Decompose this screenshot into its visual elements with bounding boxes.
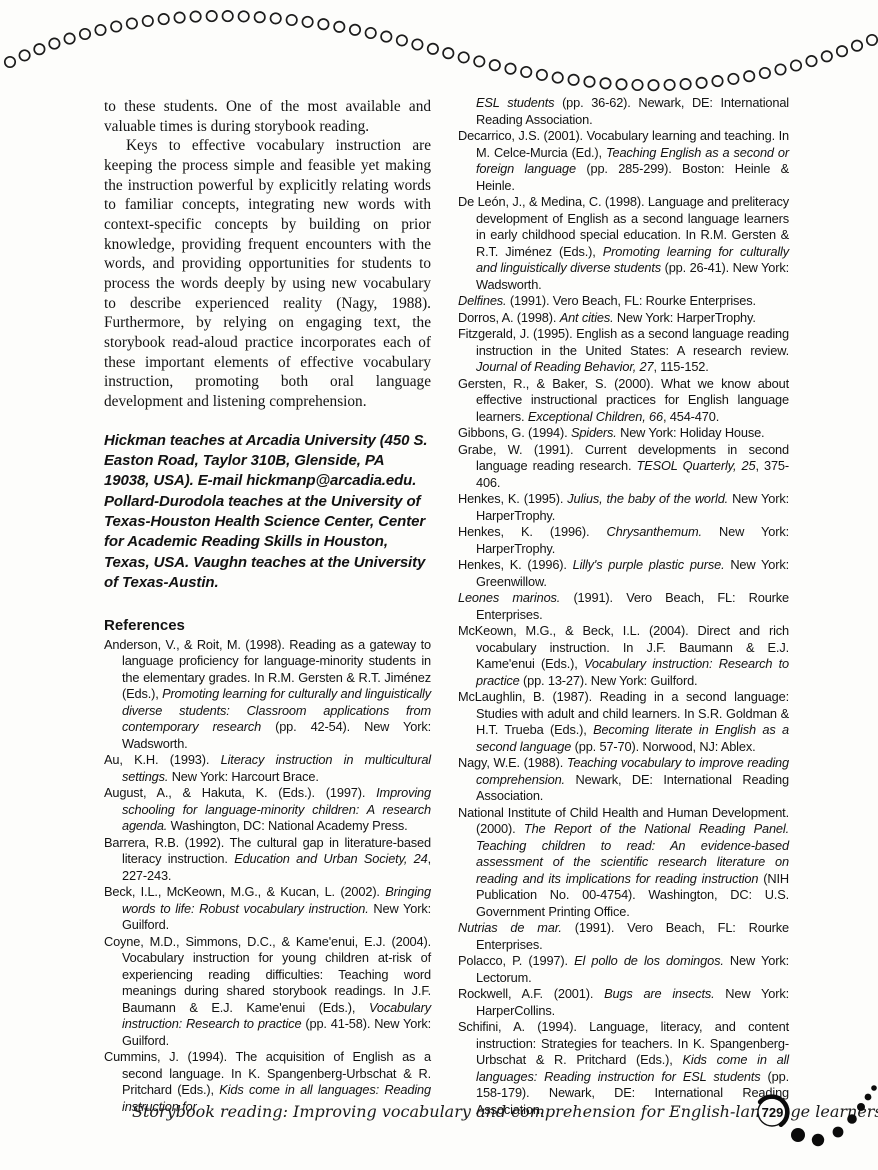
reference-entry: Gersten, R., & Baker, S. (2000). What we… <box>458 376 789 426</box>
reference-entry: Coyne, M.D., Simmons, D.C., & Kame'enui,… <box>104 934 431 1050</box>
reference-entry: Decarrico, J.S. (2001). Vocabulary learn… <box>458 128 789 194</box>
reference-entry: Barrera, R.B. (1992). The cultural gap i… <box>104 835 431 885</box>
reference-entry: Gibbons, G. (1994). Spiders. New York: H… <box>458 425 789 442</box>
references-list-left: Anderson, V., & Roit, M. (1998). Reading… <box>104 637 431 1116</box>
reference-entry: McKeown, M.G., & Beck, I.L. (2004). Dire… <box>458 623 789 689</box>
page-number-badge <box>740 1085 878 1170</box>
wave-rings-decoration <box>0 5 878 101</box>
reference-entry: August, A., & Hakuta, K. (Eds.). (1997).… <box>104 785 431 835</box>
body-paragraph: Keys to effective vocabulary instruction… <box>104 136 431 411</box>
reference-entry: ESL students (pp. 36-62). Newark, DE: In… <box>458 95 789 128</box>
body-paragraph: to these students. One of the most avail… <box>104 97 431 136</box>
reference-entry: Anderson, V., & Roit, M. (1998). Reading… <box>104 637 431 753</box>
reference-entry: Fitzgerald, J. (1995). English as a seco… <box>458 326 789 376</box>
reference-entry: Henkes, K. (1996). Chrysanthemum. New Yo… <box>458 524 789 557</box>
reference-entry: Au, K.H. (1993). Literacy instruction in… <box>104 752 431 785</box>
right-column: ESL students (pp. 36-62). Newark, DE: In… <box>458 95 789 1118</box>
author-bio: Hickman teaches at Arcadia University (4… <box>104 431 428 594</box>
reference-entry: Henkes, K. (1996). Lilly's purple plasti… <box>458 557 789 590</box>
left-column: to these students. One of the most avail… <box>104 97 431 1115</box>
running-title: Storybook reading: Improving vocabulary … <box>132 1102 757 1122</box>
reference-entry: Delfines. (1991). Vero Beach, FL: Rourke… <box>458 293 789 310</box>
reference-entry: Leones marinos. (1991). Vero Beach, FL: … <box>458 590 789 623</box>
reference-entry: McLaughlin, B. (1987). Reading in a seco… <box>458 689 789 755</box>
references-heading: References <box>104 617 431 634</box>
scanned-journal-page: to these students. One of the most avail… <box>0 0 878 1170</box>
reference-entry: National Institute of Child Health and H… <box>458 805 789 921</box>
reference-entry: Grabe, W. (1991). Current developments i… <box>458 442 789 492</box>
reference-entry: Henkes, K. (1995). Julius, the baby of t… <box>458 491 789 524</box>
article-body: to these students. One of the most avail… <box>104 97 431 412</box>
reference-entry: Beck, I.L., McKeown, M.G., & Kucan, L. (… <box>104 884 431 934</box>
references-list-right: ESL students (pp. 36-62). Newark, DE: In… <box>458 95 789 1118</box>
reference-entry: Nutrias de mar. (1991). Vero Beach, FL: … <box>458 920 789 953</box>
reference-entry: Nagy, W.E. (1988). Teaching vocabulary t… <box>458 755 789 805</box>
reference-entry: Polacco, P. (1997). El pollo de los domi… <box>458 953 789 986</box>
reference-entry: De León, J., & Medina, C. (1998). Langua… <box>458 194 789 293</box>
reference-entry: Rockwell, A.F. (2001). Bugs are insects.… <box>458 986 789 1019</box>
page-number: 729 <box>757 1106 788 1119</box>
reference-entry: Dorros, A. (1998). Ant cities. New York:… <box>458 310 789 327</box>
dot-swoosh-decoration <box>791 1085 877 1146</box>
